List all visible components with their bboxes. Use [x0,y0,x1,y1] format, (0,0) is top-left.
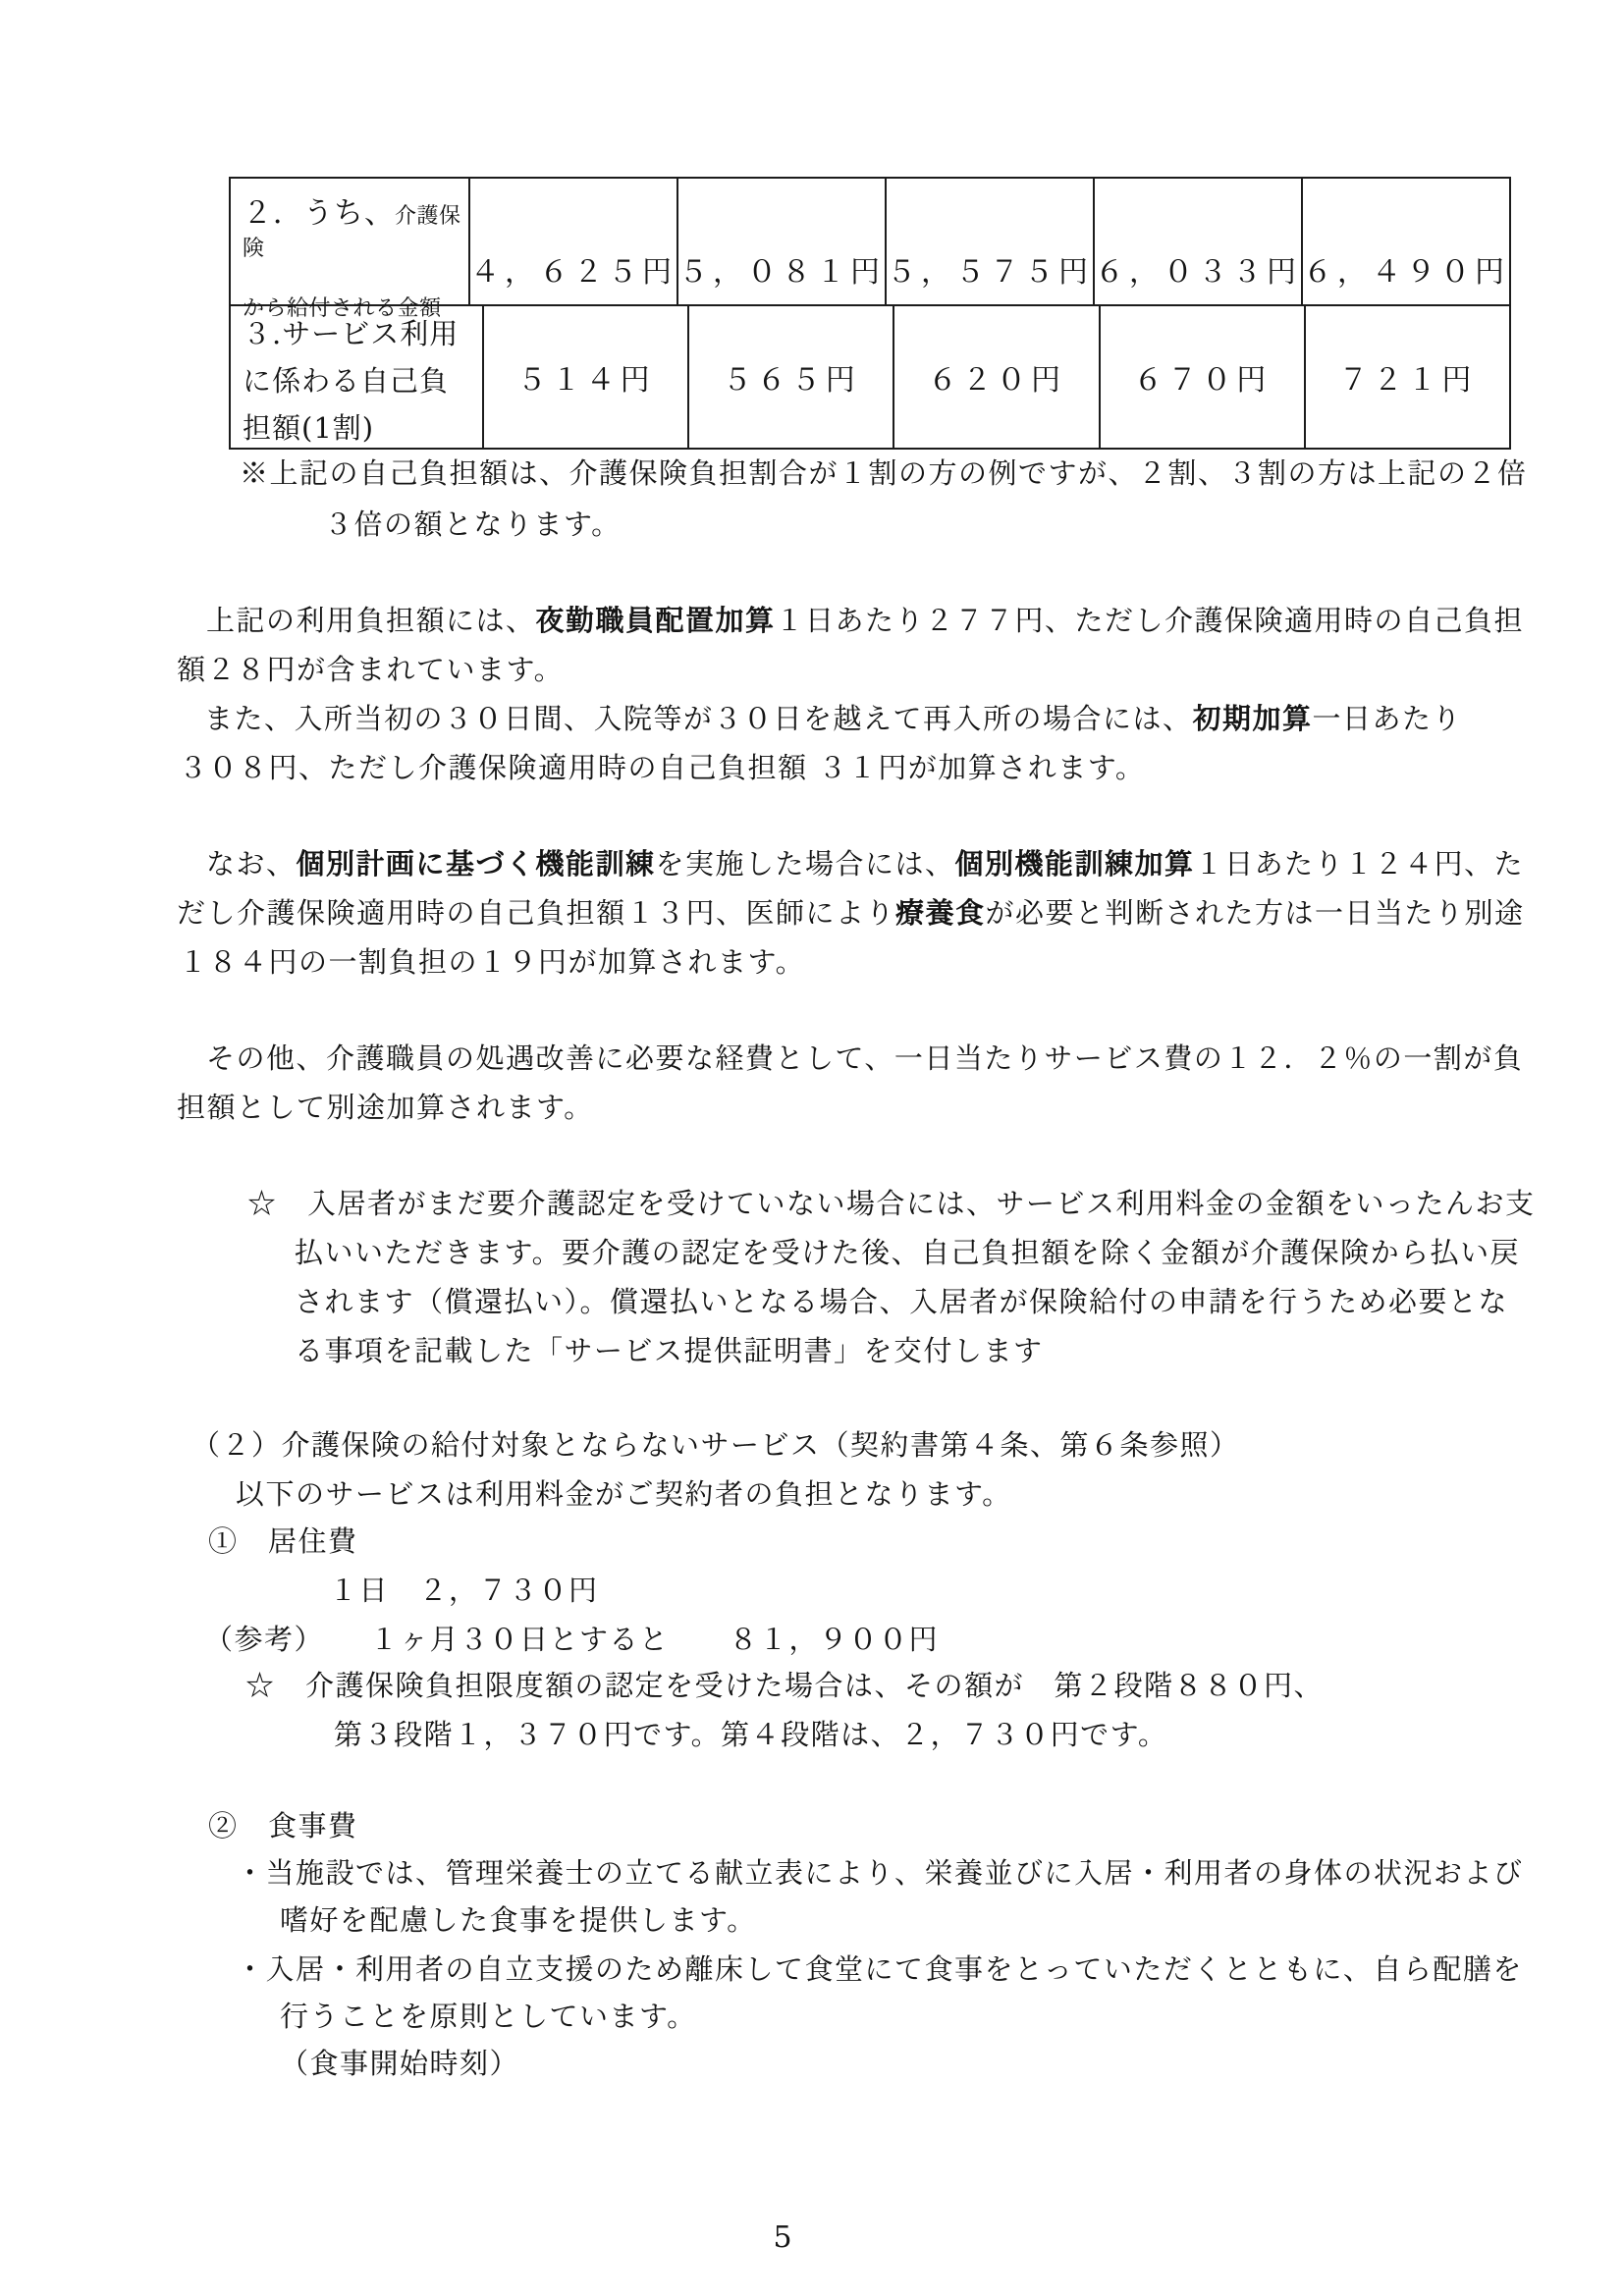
table-cell: ６２０円 [893,306,1098,448]
table-cell: ５６５円 [687,306,893,448]
table-note-line1: ※上記の自己負担額は、介護保険負担割合が１割の方の例ですが、２割、３割の方は上記… [240,454,1528,493]
row-label-line1: ２．うち、介護保険 [243,188,462,262]
table-cell: ４，６２５円 [468,179,677,304]
meal-fee-bullet1-line2: 嗜好を配慮した食事を提供します。 [280,1900,757,1940]
paragraph-training-line3: １８４円の一割負担の１９円が加算されます。 [179,942,805,982]
paragraph-treatment-line2: 担額として別途加算されます。 [177,1088,594,1127]
table-cell: ５１４円 [482,306,687,448]
table-cell: ７２１円 [1304,306,1509,448]
paragraph-initial-add-line2: ３０８円、ただし介護保険適用時の自己負担額 ３１円が加算されます。 [179,748,1145,787]
meal-fee-heading: ② 食事費 [208,1806,358,1845]
row-label-self-pay: ３.サービス利用 に係わる自己負 担額(1割) [231,306,482,448]
meal-fee-bullet2-line1: ・入居・利用者の自立支援のため離床して食堂にて食事をとっていただくとともに、自ら… [236,1949,1523,1989]
table-row-insurance-benefit: ２．うち、介護保険 から給付される金額 ４，６２５円 ５，０８１円 ５，５７５円… [231,179,1509,306]
table-note-line2: ３倍の額となります。 [324,505,622,544]
meal-fee-bullet2-line2: 行うことを原則としています。 [280,1997,697,2036]
star-note-refund-line2: 払いいただきます。要介護の認定を受けた後、自己負担額を除く金額が介護保険から払い… [295,1233,1520,1272]
fee-table: ２．うち、介護保険 から給付される金額 ４，６２５円 ５，０８１円 ５，５７５円… [229,177,1511,450]
residence-fee-heading: ① 居住費 [208,1522,358,1561]
table-cell: ５，０８１円 [677,179,885,304]
table-cell: ６７０円 [1099,306,1304,448]
meal-fee-bullet1-line1: ・当施設では、管理栄養士の立てる献立表により、栄養並びに入居・利用者の身体の状況… [236,1853,1524,1893]
table-row-self-pay: ３.サービス利用 に係わる自己負 担額(1割) ５１４円 ５６５円 ６２０円 ６… [231,306,1509,448]
table-cell: ６，０３３円 [1093,179,1301,304]
residence-fee-star-line2: 第３段階１，３７０円です。第４段階は、２，７３０円です。 [334,1715,1167,1754]
residence-fee-star-line1: ☆ 介護保険負担限度額の認定を受けた場合は、その額が 第２段階８８０円、 [245,1666,1324,1705]
paragraph-initial-add-line1: また、入所当初の３０日間、入院等が３０日を越えて再入所の場合には、初期加算一日あ… [204,699,1462,738]
paragraph-night-shift-line1: 上記の利用負担額には、夜勤職員配置加算１日あたり２７７円、ただし介護保険適用時の… [206,601,1524,640]
table-cell: ５，５７５円 [885,179,1093,304]
table-cell: ６，４９０円 [1301,179,1509,304]
paragraph-treatment-line1: その他、介護職員の処遇改善に必要な経費として、一日当たりサービス費の１２．２％の… [206,1039,1523,1078]
paragraph-night-shift-line2: 額２８円が含まれています。 [177,650,564,689]
document-page: ２．うち、介護保険 から給付される金額 ４，６２５円 ５，０８１円 ５，５７５円… [0,0,1624,2296]
star-note-refund-line1: ☆ 入居者がまだ要介護認定を受けていない場合には、サービス利用料金の金額をいった… [247,1184,1536,1223]
page-number: 5 [0,2220,1565,2255]
row-label-insurance-benefit: ２．うち、介護保険 から給付される金額 [231,179,468,304]
paragraph-training-line2: だし介護保険適用時の自己負担額１３円、医師により療養食が必要と判断された方は一日… [177,893,1525,933]
star-note-refund-line3: されます（償還払い）。償還払いとなる場合、入居者が保険給付の申請を行うため必要と… [295,1282,1508,1321]
meal-start-time-note: （食事開始時刻） [280,2044,519,2083]
section2-title: （２）介護保険の給付対象とならないサービス（契約書第４条、第６条参照） [191,1425,1240,1465]
paragraph-training-line1: なお、個別計画に基づく機能訓練を実施した場合には、個別機能訓練加算１日あたり１２… [206,844,1524,883]
section2-subtitle: 以下のサービスは利用料金がご契約者の負担となります。 [236,1474,1012,1514]
star-note-refund-line4: る事項を記載した「サービス提供証明書」を交付します [295,1331,1044,1370]
residence-fee-price: １日 ２，７３０円 [329,1571,599,1610]
residence-fee-reference: （参考） １ヶ月３０日とすると ８１，９００円 [204,1620,939,1659]
